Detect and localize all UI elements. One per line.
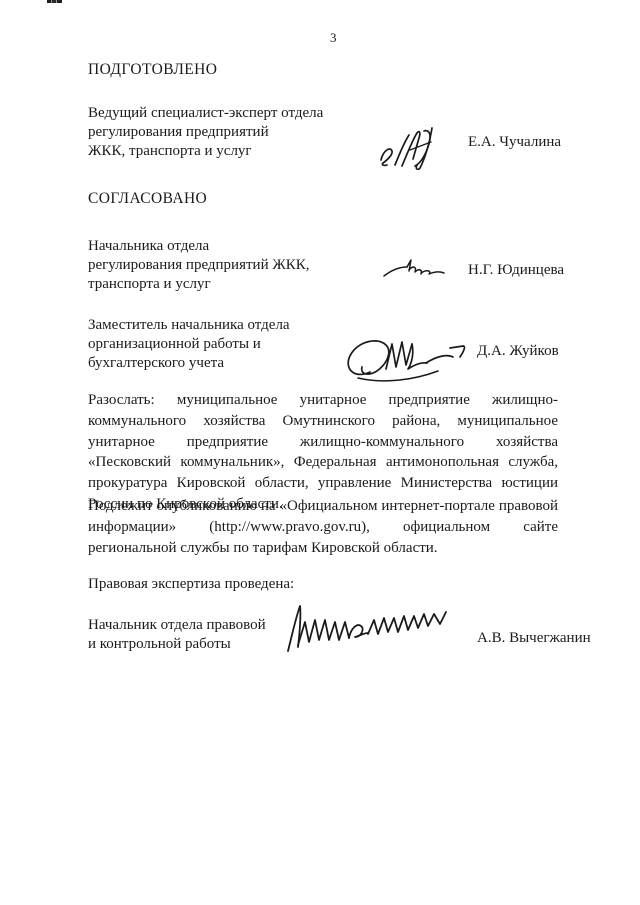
signatory-name-yudintseva: Н.Г. Юдинцева — [468, 262, 564, 279]
chuchalina-signature-icon — [374, 124, 444, 170]
prepared-heading: ПОДГОТОВЛЕНО — [88, 61, 217, 79]
signatory-title-chuchalina: Ведущий специалист-эксперт отдела регули… — [88, 104, 323, 160]
page-number: 3 — [330, 30, 337, 46]
vychegzhanin-signature-icon — [284, 603, 452, 653]
signatory-name-chuchalina: Е.А. Чучалина — [468, 134, 561, 151]
signatory-title-vychegzhanin: Начальник отдела правовой и контрольной … — [88, 616, 266, 654]
signatory-name-vychegzhanin: А.В. Вычегжанин — [477, 630, 591, 647]
publication-paragraph: Подлежит опубликованию на «Официальном и… — [88, 496, 558, 558]
signatory-title-yudintseva: Начальника отдела регулирования предприя… — [88, 237, 310, 293]
zhuikov-signature-icon — [336, 332, 474, 384]
signatory-title-zhuikov: Заместитель начальника отдела организаци… — [88, 316, 290, 372]
scan-artifact-mark — [47, 0, 62, 3]
legal-review-heading: Правовая экспертиза проведена: — [88, 576, 294, 593]
signatory-name-zhuikov: Д.А. Жуйков — [477, 343, 559, 360]
yudintseva-signature-icon — [382, 257, 448, 283]
document-page: 3 ПОДГОТОВЛЕНО Ведущий специалист-экспер… — [0, 0, 640, 905]
agreed-heading: СОГЛАСОВАНО — [88, 190, 207, 208]
